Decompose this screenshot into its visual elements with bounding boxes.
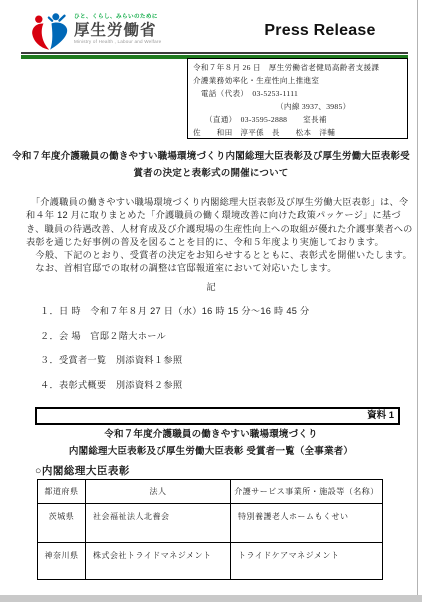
- document-title-line: 令和７年度介護職員の働きやすい職場環境づくり内閣総理大臣表彰及び厚生労働大臣表彰…: [0, 148, 422, 165]
- body-paragraph: 「介護職員の働きやすい職場環境づくり内閣総理大臣表彰及び厚生労働大臣表彰」は、令…: [26, 196, 398, 276]
- contact-line: 電話（代表） 03-5253-1111: [193, 88, 402, 101]
- mhlw-logo-text: ひと、くらし、みらいのために 厚生労働省 Ministry of Health …: [74, 15, 161, 45]
- list-item-ceremony: ４．表彰式概要 別添資料２参照: [40, 377, 182, 391]
- cell-facility: 特別養護老人ホームもくせい: [231, 504, 383, 543]
- body-line: 表彰を通じた好事例の普及を図ることを目的に、令和５年度より実施しております。: [26, 236, 398, 249]
- list-item-venue: ２．会 場 官邸２階大ホール: [40, 328, 166, 342]
- prime-minister-award-subheading: ○内閣総理大臣表彰: [35, 463, 130, 478]
- contact-line: （内線 3937、3985）: [193, 101, 402, 114]
- header-facility: 介護サービス事業所・施設等（名称）: [231, 480, 383, 504]
- attachment-title-line: 令和７年度介護職員の働きやすい職場環境づくり: [0, 427, 422, 444]
- page-bottom-edge: [0, 595, 422, 602]
- cell-prefecture: 神奈川県: [38, 543, 86, 580]
- contact-line: 令和７年８月 26 日 厚生労働省老健局高齢者支援課: [193, 62, 402, 75]
- body-line: 今般、下記のとおり、受賞者の決定をお知らせするとともに、表彰式を開催いたします。: [26, 249, 398, 262]
- logo-ministry-english: Ministry of Health , Labour and Welfare: [74, 40, 161, 45]
- award-winners-table: 都道府県 法人 介護サービス事業所・施設等（名称） 茨城県 社会福祉法人北養会 …: [37, 479, 383, 580]
- contact-line: （直通） 03-3595-2888 室長補: [193, 114, 402, 127]
- attachment-1-label: 資料 1: [367, 410, 394, 421]
- attachment-1-label-bar: 資料 1: [35, 407, 400, 425]
- cell-corporation: 社会福祉法人北養会: [86, 504, 231, 543]
- press-release-heading: Press Release: [240, 22, 400, 40]
- contact-line: 介護業務効率化・生産性向上推進室: [193, 75, 402, 88]
- press-release-page: ひと、くらし、みらいのために 厚生労働省 Ministry of Health …: [0, 0, 422, 602]
- cell-prefecture: 茨城県: [38, 504, 86, 543]
- body-line: なお、首相官邸での取材の調整は官邸報道室において対応いたします。: [26, 262, 398, 275]
- document-sheet: ひと、くらし、みらいのために 厚生労働省 Ministry of Health …: [0, 0, 418, 595]
- list-item-winners: ３．受賞者一覧 別添資料１参照: [40, 352, 182, 366]
- logo-tagline: ひと、くらし、みらいのために: [74, 15, 161, 21]
- header-rule-dark-line: [21, 52, 408, 54]
- header-prefecture: 都道府県: [38, 480, 86, 504]
- body-line: 和４年 12 月に取りまとめた「介護職員の働く環境改善に向けた政策パッケージ」に…: [26, 209, 398, 222]
- body-line: き、職員の待遇改善、人材育成及び介護現場の生産性向上への取組が優れた介護事業者へ…: [26, 223, 398, 236]
- document-title: 令和７年度介護職員の働きやすい職場環境づくり内閣総理大臣表彰及び厚生労働大臣表彰…: [0, 148, 422, 182]
- document-title-line: 賞者の決定と表彰式の開催について: [0, 165, 422, 182]
- table-row: 神奈川県 株式会社トライドマネジメント トライドケアマネジメント: [38, 543, 383, 580]
- contact-info-box: 令和７年８月 26 日 厚生労働省老健局高齢者支援課 介護業務効率化・生産性向上…: [187, 58, 408, 139]
- header-corporation: 法人: [86, 480, 231, 504]
- table-row: 茨城県 社会福祉法人北養会 特別養護老人ホームもくせい: [38, 504, 383, 543]
- attachment-section-title: 令和７年度介護職員の働きやすい職場環境づくり 内閣総理大臣表彰及び厚生労働大臣表…: [0, 427, 422, 460]
- cell-corporation: 株式会社トライドマネジメント: [86, 543, 231, 580]
- mhlw-logo-icon: [30, 12, 71, 51]
- cell-facility: トライドケアマネジメント: [231, 543, 383, 580]
- logo-ministry-name: 厚生労働省: [74, 23, 161, 39]
- body-line: 「介護職員の働きやすい職場環境づくり内閣総理大臣表彰及び厚生労働大臣表彰」は、令: [26, 196, 398, 209]
- contact-line: 佐 和田 淳平係 長 松本 洋輔: [193, 127, 402, 140]
- ki-heading: 記: [0, 279, 422, 293]
- attachment-title-line: 内閣総理大臣表彰及び厚生労働大臣表彰 受賞者一覧（全事業者）: [0, 444, 422, 461]
- list-item-datetime: １．日 時 令和７年８月 27 日（水）16 時 15 分～16 時 45 分: [40, 303, 310, 317]
- table-header-row: 都道府県 法人 介護サービス事業所・施設等（名称）: [38, 480, 383, 504]
